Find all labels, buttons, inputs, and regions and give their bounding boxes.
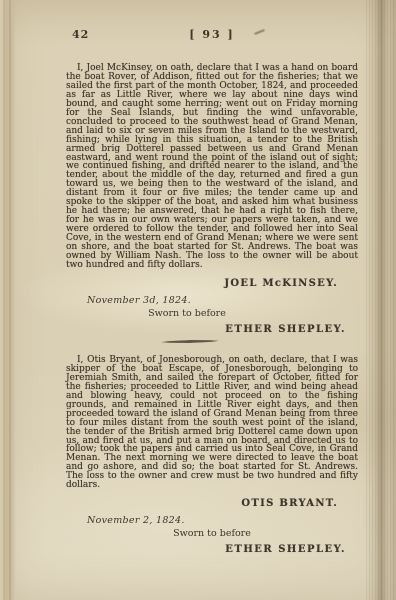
- section-divider-rule: [161, 339, 219, 343]
- declaration-bryant: I, Otis Bryant, of Jonesborough, on oath…: [66, 356, 358, 549]
- declaration-text: I, Otis Bryant, of Jonesborough, on oath…: [66, 356, 358, 490]
- book-page: 42 [ 93 ] I, Joel McKinsey, on oath, dec…: [0, 0, 396, 600]
- right-page-edge: [366, 0, 396, 600]
- declaration-date: November 3d, 1824.: [87, 295, 191, 306]
- signature-name: OTIS BRYANT.: [241, 498, 338, 509]
- page-number: [ 93 ]: [66, 28, 358, 41]
- sworn-label: Sworn to before: [148, 308, 226, 319]
- declaration-mckinsey: I, Joel McKinsey, on oath, declare that …: [66, 64, 358, 329]
- date-line: November 3d, 1824.: [66, 288, 358, 299]
- signature-line: JOEL McKINSEY.: [66, 271, 358, 282]
- officer-name: ETHER SHEPLEY.: [225, 544, 346, 555]
- officer-name: ETHER SHEPLEY.: [225, 324, 346, 335]
- signature-line: OTIS BRYANT.: [66, 491, 358, 502]
- date-line: November 2, 1824.: [66, 508, 358, 519]
- declaration-text: I, Joel McKinsey, on oath, declare that …: [66, 64, 358, 270]
- left-page-edge: [0, 0, 16, 600]
- page-content: 42 [ 93 ] I, Joel McKinsey, on oath, dec…: [66, 28, 358, 549]
- declaration-date: November 2, 1824.: [87, 515, 185, 526]
- page-header: 42 [ 93 ]: [66, 28, 358, 41]
- signature-name: JOEL McKINSEY.: [224, 278, 338, 289]
